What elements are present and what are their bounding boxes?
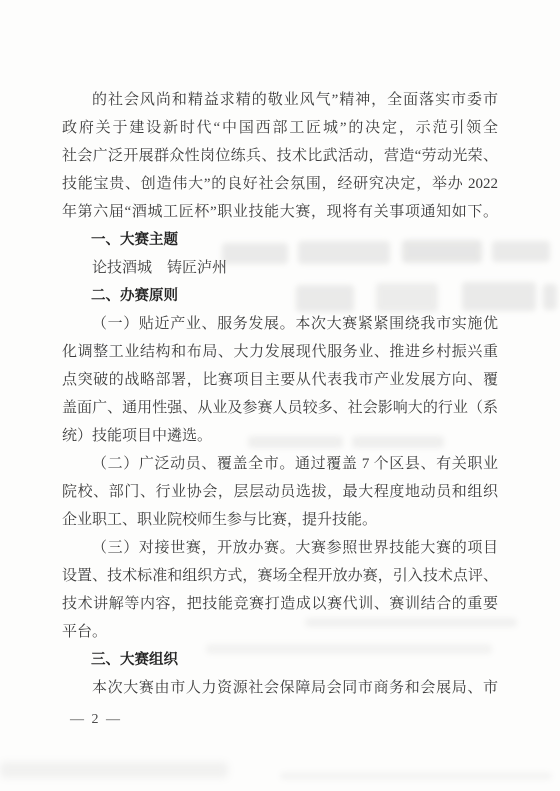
bleedthrough-artifact (492, 241, 550, 262)
document-body: 的社会风尚和精益求精的敬业风气”精神，全面落实市委市政府关于建设新时代“中国西部… (62, 86, 498, 702)
bleedthrough-artifact (543, 284, 557, 310)
document-line: 化调整工业结构和布局、大力发展现代服务业、推进乡村振兴重 (62, 338, 498, 366)
document-line: （二）广泛动员、覆盖全市。通过覆盖 7 个区县、有关职业 (62, 450, 498, 478)
document-line: 技能宝贵、创造伟大”的良好社会氛围，经研究决定，举办 2022 (62, 170, 498, 198)
document-line: 论技酒城 铸匠泸州 (62, 254, 498, 282)
document-line: 本次大赛由市人力资源社会保障局会同市商务和会展局、市 (62, 674, 498, 702)
document-line: 统）技能项目中遴选。 (62, 422, 498, 450)
document-line: 社会广泛开展群众性岗位练兵、技术比武活动，营造“劳动光荣、 (62, 142, 498, 170)
document-line: 技术讲解等内容，把技能竞赛打造成以赛代训、赛训结合的重要 (62, 590, 498, 618)
page-number: — 2 — (70, 712, 122, 728)
document-line: 点突破的战略部署，比赛项目主要从代表我市产业发展方向、覆 (62, 366, 498, 394)
document-line: 的社会风尚和精益求精的敬业风气”精神，全面落实市委市 (62, 86, 498, 114)
document-line: 企业职工、职业院校师生参与比赛，提升技能。 (62, 506, 498, 534)
bleedthrough-artifact (0, 762, 228, 778)
document-line: 三、大赛组织 (62, 646, 498, 674)
document-line: （三）对接世赛，开放办赛。大赛参照世界技能大赛的项目 (62, 534, 498, 562)
bleedthrough-artifact (280, 772, 552, 780)
document-line: 政府关于建设新时代“中国西部工匠城”的决定，示范引领全 (62, 114, 498, 142)
document-line: 二、办赛原则 (62, 282, 498, 310)
document-line: 盖面广、通用性强、从业及参赛人员较多、社会影响大的行业（系 (62, 394, 498, 422)
document-line: 院校、部门、行业协会，层层动员选拔，最大程度地动员和组织 (62, 478, 498, 506)
document-line: （一）贴近产业、服务发展。本次大赛紧紧围绕我市实施优 (62, 310, 498, 338)
scanned-document-page: 的社会风尚和精益求精的敬业风气”精神，全面落实市委市政府关于建设新时代“中国西部… (0, 0, 560, 791)
document-line: 设置、技术标准和组织方式，赛场全程开放办赛，引入技术点评、 (62, 562, 498, 590)
document-line: 一、大赛主题 (62, 226, 498, 254)
document-line: 平台。 (62, 618, 498, 646)
document-line: 年第六届“酒城工匠杯”职业技能大赛，现将有关事项通知如下。 (62, 198, 498, 226)
